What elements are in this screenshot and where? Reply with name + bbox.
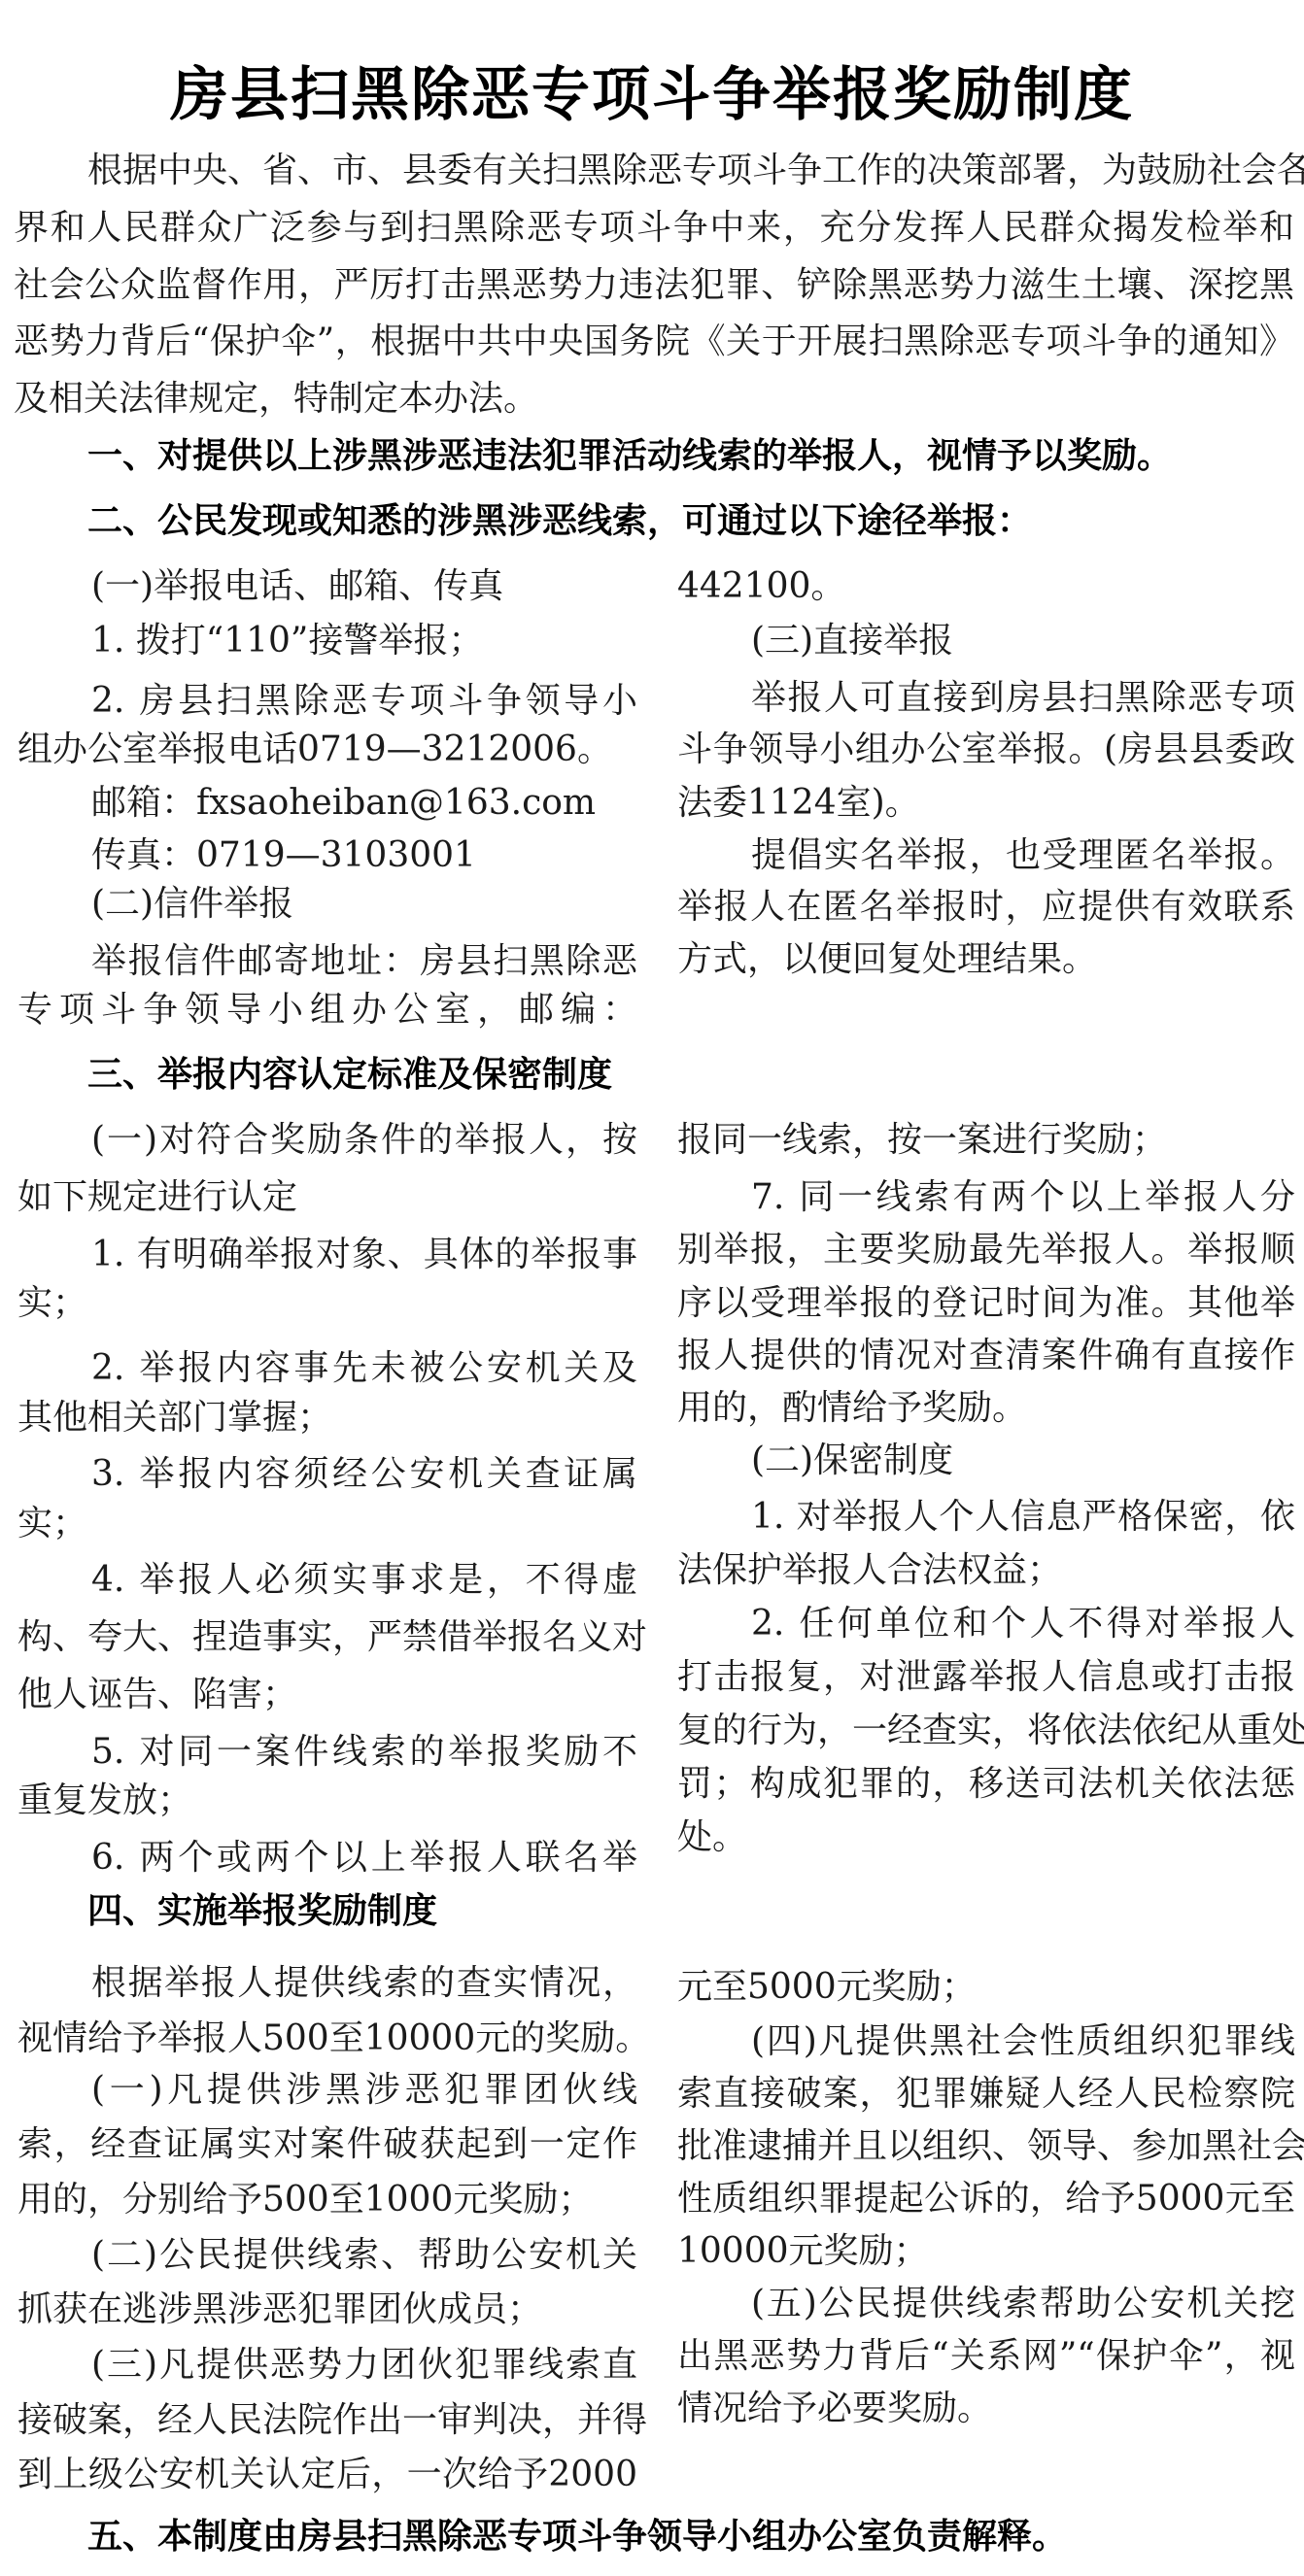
list-item: 出黑恶势力背后“关系网”“保护伞”，视 — [677, 2335, 1295, 2378]
list-item: 7. 同一线索有两个以上举报人分 — [751, 1176, 1295, 1219]
list-item: 接破案，经人民法院作出一审判决，并得 — [17, 2399, 637, 2442]
paragraph-line: 如下规定进行认定 — [17, 1176, 637, 1219]
list-item: 抓获在逃涉黑涉恶犯罪团伙成员； — [17, 2288, 637, 2331]
intro-line: 界和人民群众广泛参与到扫黑除恶专项斗争中来，充分发挥人民群众揭发检举和 — [14, 207, 1294, 250]
list-item: 4. 举报人必须实事求是，不得虚 — [91, 1559, 637, 1602]
mail-address-text: 专项斗争领导小组办公室，邮编： — [17, 989, 637, 1032]
list-item: 性质组织罪提起公诉的，给予5000元至 — [677, 2178, 1295, 2220]
list-item: 复的行为，一经查实，将依法依纪从重处 — [677, 1710, 1295, 1752]
list-item: 实； — [17, 1503, 637, 1545]
paragraph-line: 斗争领导小组办公室举报。(房县县委政 — [677, 729, 1295, 771]
subheading-letter: (二)信件举报 — [91, 883, 637, 926]
list-item: 元至5000元奖励； — [677, 1966, 1295, 2009]
list-item: 他人诬告、陷害； — [17, 1674, 637, 1716]
section-heading-1: 一、对提供以上涉黑涉恶违法犯罪活动线索的举报人，视情予以奖励。 — [87, 435, 1172, 478]
subheading-confidentiality: (二)保密制度 — [751, 1440, 1295, 1482]
list-item: 构、夸大、捏造事实，严禁借举报名义对 — [17, 1616, 637, 1659]
list-item: 6. 两个或两个以上举报人联名举 — [91, 1837, 637, 1880]
hotline-text: 组办公室举报电话0719—3212006。 — [17, 729, 637, 771]
list-item: 1. 对举报人个人信息严格保密，依 — [751, 1496, 1295, 1539]
list-item: 批准逮捕并且以组织、领导、参加黑社会 — [677, 2125, 1295, 2168]
list-item: (四)凡提供黑社会性质组织犯罪线 — [751, 2020, 1295, 2063]
subheading-direct: (三)直接举报 — [751, 620, 1295, 662]
intro-line: 恶势力背后“保护伞”，根据中共中央国务院《关于开展扫黑除恶专项斗争的通知》 — [14, 321, 1294, 363]
list-item: 3. 举报内容须经公安机关查证属 — [91, 1453, 637, 1496]
list-item: 其他相关部门掌握； — [17, 1397, 637, 1440]
list-item: 2. 房县扫黑除恶专项斗争领导小 — [91, 680, 637, 723]
list-item: 处。 — [677, 1816, 1295, 1859]
subheading-criteria: (一)对符合奖励条件的举报人，按 — [91, 1119, 637, 1162]
list-item: 重复发放； — [17, 1779, 637, 1822]
list-item: 报同一线索，按一案进行奖励； — [677, 1119, 1295, 1162]
list-item: 别举报，主要奖励最先举报人。举报顺 — [677, 1229, 1295, 1271]
list-item: 索直接破案，犯罪嫌疑人经人民检察院 — [677, 2073, 1295, 2116]
list-item: 10000元奖励； — [677, 2230, 1295, 2273]
section-heading-2: 二、公民发现或知悉的涉黑涉恶线索，可通过以下途径举报： — [87, 500, 1032, 543]
list-item: (二)公民提供线索、帮助公安机关 — [91, 2234, 637, 2277]
intro-line: 社会公众监督作用，严厉打击黑恶势力违法犯罪、铲除黑恶势力滋生土壤、深挖黑 — [14, 264, 1294, 307]
section-heading-3: 三、举报内容认定标准及保密制度 — [87, 1054, 612, 1097]
list-item: 情况给予必要奖励。 — [677, 2388, 1295, 2430]
intro-line: 及相关法律规定，特制定本办法。 — [14, 378, 1294, 421]
fax-text: 传真：0719—3103001 — [91, 834, 637, 877]
list-item: 1. 拨打“110”接警举报； — [91, 620, 637, 662]
paragraph-line: 提倡实名举报，也受理匿名举报。 — [751, 834, 1295, 877]
section-heading-5: 五、本制度由房县扫黑除恶专项斗争领导小组办公室负责解释。 — [87, 2516, 1067, 2559]
subheading-phone-email-fax: (一)举报电话、邮箱、传真 — [91, 565, 637, 608]
email-text: 邮箱：fxsaoheiban@163.com — [91, 782, 637, 825]
paragraph-line: 法委1124室)。 — [677, 782, 1295, 825]
list-item: 2. 举报内容事先未被公安机关及 — [91, 1347, 637, 1390]
postcode-text: 442100。 — [677, 565, 1295, 608]
list-item: (五)公民提供线索帮助公安机关挖 — [751, 2283, 1295, 2325]
list-item: 2. 任何单位和个人不得对举报人 — [751, 1603, 1295, 1645]
document-title: 房县扫黑除恶专项斗争举报奖励制度 — [0, 60, 1304, 130]
paragraph-line: 根据举报人提供线索的查实情况， — [91, 1962, 637, 2005]
list-item: 实； — [17, 1282, 637, 1325]
list-item: 索，经查证属实对案件破获起到一定作 — [17, 2123, 637, 2166]
section-heading-4: 四、实施举报奖励制度 — [87, 1890, 437, 1933]
list-item: 1. 有明确举报对象、具体的举报事 — [91, 1234, 637, 1276]
list-item: 报人提供的情况对查清案件确有直接作 — [677, 1335, 1295, 1377]
paragraph-line: 举报人在匿名举报时，应提供有效联系 — [677, 886, 1295, 929]
paragraph-line: 举报人可直接到房县扫黑除恶专项 — [751, 677, 1295, 720]
list-item: 用的，酌情给予奖励。 — [677, 1387, 1295, 1430]
mail-address-text: 举报信件邮寄地址：房县扫黑除恶 — [91, 940, 637, 983]
paragraph-line: 视情给予举报人500至10000元的奖励。 — [17, 2017, 637, 2060]
list-item: 序以受理举报的登记时间为准。其他举 — [677, 1282, 1295, 1325]
intro-line: 根据中央、省、市、县委有关扫黑除恶专项斗争工作的决策部署，为鼓励社会各 — [87, 150, 1294, 192]
list-item: 5. 对同一案件线索的举报奖励不 — [91, 1731, 637, 1774]
list-item: 用的，分别给予500至1000元奖励； — [17, 2179, 637, 2221]
list-item: 法保护举报人合法权益； — [677, 1549, 1295, 1592]
list-item: 到上级公安机关认定后，一次给予2000 — [17, 2454, 637, 2496]
list-item: 罚；构成犯罪的，移送司法机关依法惩 — [677, 1763, 1295, 1806]
list-item: 打击报复，对泄露举报人信息或打击报 — [677, 1656, 1295, 1699]
list-item: (三)凡提供恶势力团伙犯罪线索直 — [91, 2344, 637, 2387]
paragraph-line: 方式，以便回复处理结果。 — [677, 938, 1295, 981]
list-item: (一)凡提供涉黑涉恶犯罪团伙线 — [91, 2069, 637, 2112]
